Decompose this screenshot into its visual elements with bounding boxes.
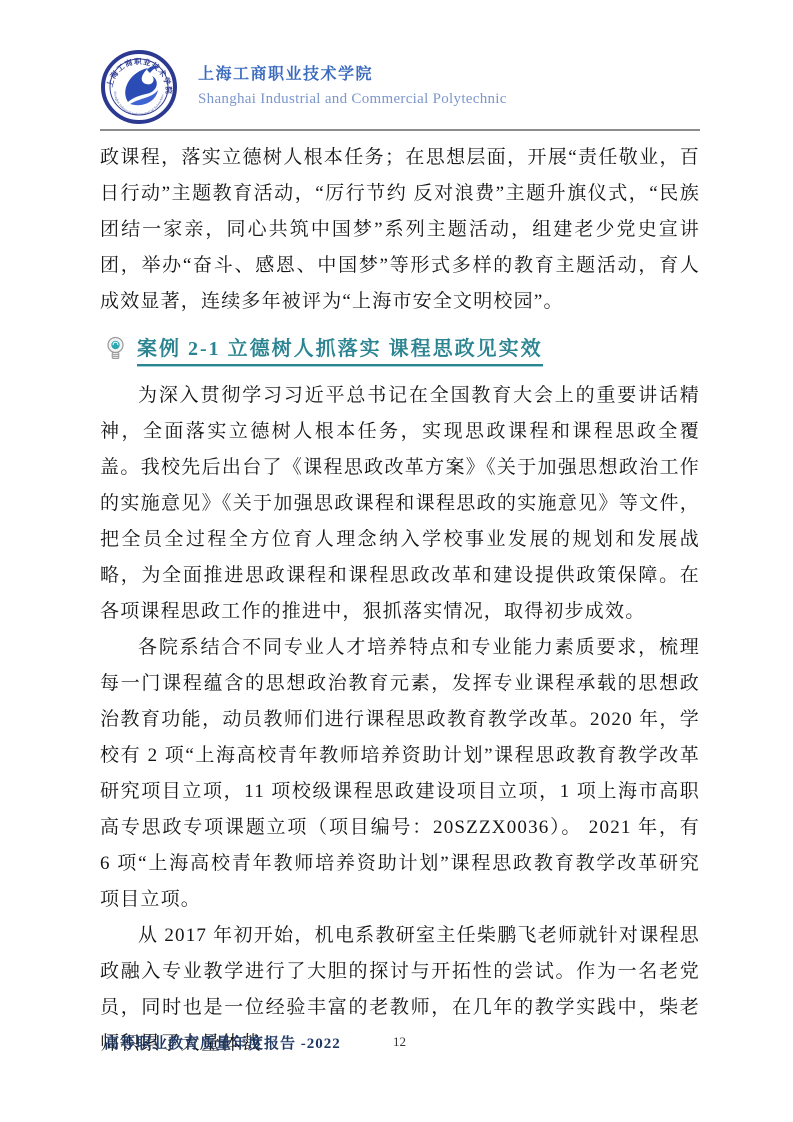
school-name-en: Shanghai Industrial and Commercial Polyt… bbox=[198, 91, 507, 108]
document-body: 政课程，落实立德树人根本任务；在思想层面，开展“责任敬业，百日行动”主题教育活动… bbox=[100, 140, 700, 1062]
page-number: 12 bbox=[393, 1034, 406, 1050]
page-footer: 高等职业教育质量年度报告 -2022 12 bbox=[100, 1032, 700, 1056]
paragraph-3: 各院系结合不同专业人才培养特点和专业能力素质要求，梳理每一门课程蕴含的思想政治教… bbox=[100, 630, 700, 918]
page-header: 上海工商职业技术学院 Shanghai Industrial and Comme… bbox=[100, 50, 507, 124]
paragraph-1: 政课程，落实立德树人根本任务；在思想层面，开展“责任敬业，百日行动”主题教育活动… bbox=[100, 140, 700, 320]
header-titles: 上海工商职业技术学院 Shanghai Industrial and Comme… bbox=[198, 50, 507, 108]
paragraph-2: 为深入贯彻学习习近平总书记在全国教育大会上的重要讲话精神，全面落实立德树人根本任… bbox=[100, 378, 700, 630]
footer-report-title: 高等职业教育质量年度报告 -2022 bbox=[104, 1032, 341, 1053]
document-page: 上海工商职业技术学院 Shanghai Industrial and Comme… bbox=[0, 0, 793, 1122]
case-heading-title: 案例 2-1 立德树人抓落实 课程思政见实效 bbox=[137, 332, 543, 366]
school-logo-icon: 上海工商职业技术学院 Shanghai Industrial and Comme… bbox=[100, 50, 178, 124]
header-divider bbox=[100, 129, 700, 131]
case-heading: 案例 2-1 立德树人抓落实 课程思政见实效 bbox=[106, 332, 700, 366]
lightbulb-icon bbox=[106, 336, 125, 362]
school-name-cn: 上海工商职业技术学院 bbox=[198, 61, 507, 84]
